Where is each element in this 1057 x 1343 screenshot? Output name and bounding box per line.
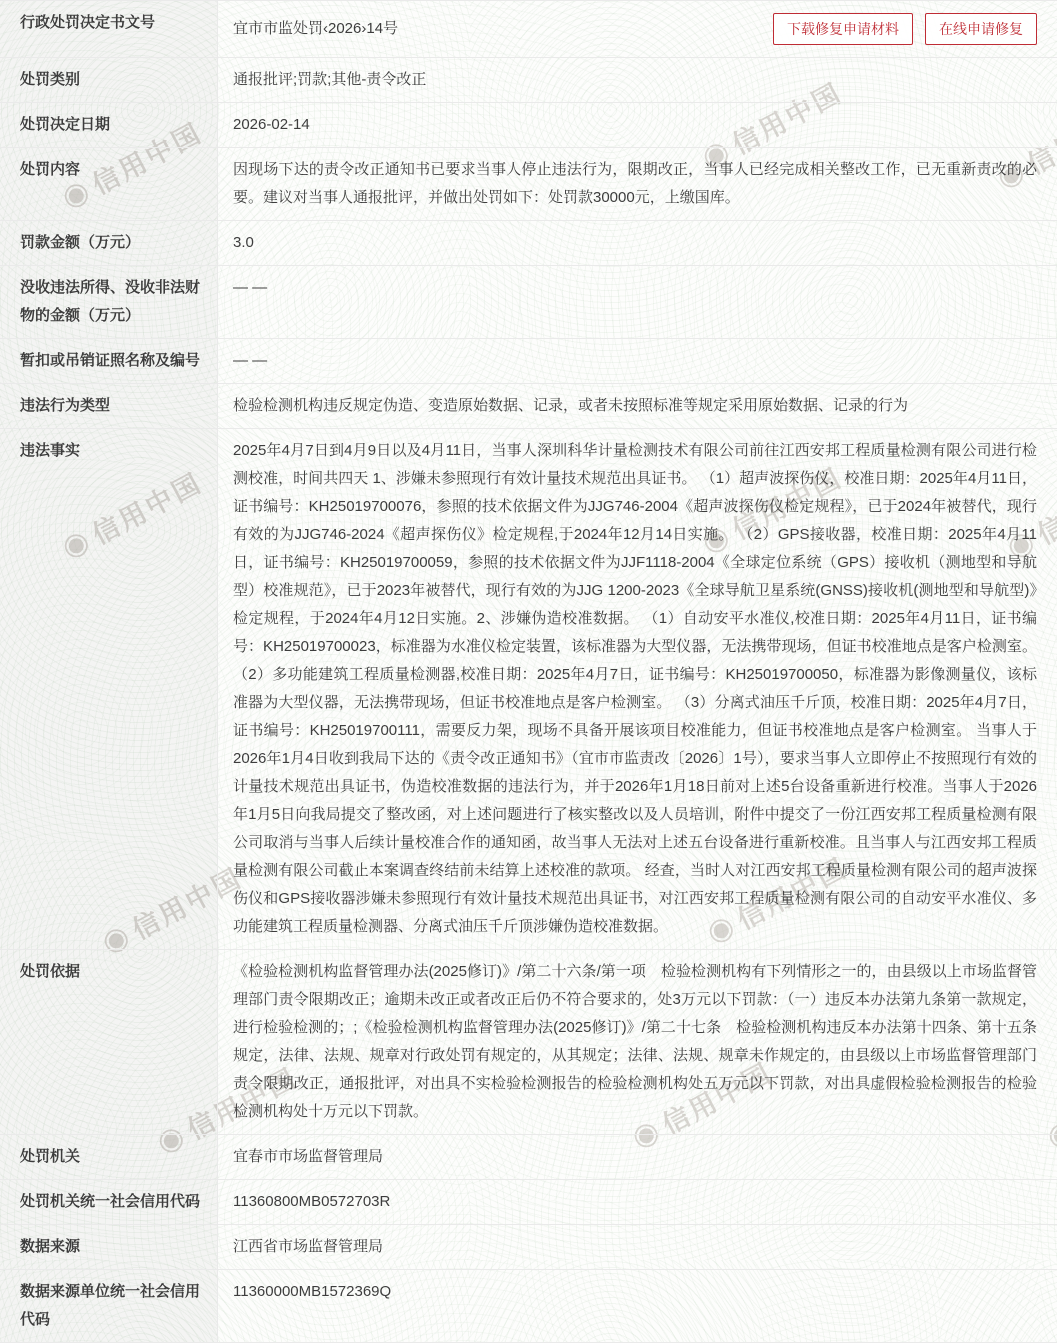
table-row: 处罚依据 《检验检测机构监督管理办法(2025修订)》/第二十六条/第一项 检验… [0, 950, 1057, 1135]
download-repair-materials-button[interactable]: 下载修复申请材料 [773, 13, 913, 45]
table-row: 罚款金额（万元） 3.0 [0, 221, 1057, 266]
label-violation-type: 违法行为类型 [0, 384, 218, 428]
value-fine-amount: 3.0 [218, 221, 1057, 265]
label-data-source: 数据来源 [0, 1225, 218, 1269]
table-row: 违法行为类型 检验检测机构违反规定伪造、变造原始数据、记录，或者未按照标准等规定… [0, 384, 1057, 429]
table-row: 处罚机关统一社会信用代码 11360800MB0572703R [0, 1180, 1057, 1225]
table-row: 处罚类别 通报批评;罚款;其他-责令改正 [0, 58, 1057, 103]
label-penalty-category: 处罚类别 [0, 58, 218, 102]
value-penalty-authority: 宜春市市场监督管理局 [218, 1135, 1057, 1179]
table-row: 行政处罚决定书文号 宜市市监处罚‹2026›14号 下载修复申请材料 在线申请修… [0, 1, 1057, 58]
label-violation-facts: 违法事实 [0, 429, 218, 949]
label-authority-credit-code: 处罚机关统一社会信用代码 [0, 1180, 218, 1224]
value-data-source: 江西省市场监督管理局 [218, 1225, 1057, 1269]
value-license-revocation: — — [218, 339, 1057, 383]
table-row: 违法事实 2025年4月7日到4月9日以及4月11日，当事人深圳科华计量检测技术… [0, 429, 1057, 950]
value-violation-facts: 2025年4月7日到4月9日以及4月11日，当事人深圳科华计量检测技术有限公司前… [218, 429, 1057, 949]
value-penalty-decision-date: 2026-02-14 [218, 103, 1057, 147]
table-row: 处罚内容 因现场下达的责令改正通知书已要求当事人停止违法行为，限期改正，当事人已… [0, 148, 1057, 221]
table-row: 数据来源单位统一社会信用代码 11360000MB1572369Q [0, 1270, 1057, 1343]
value-penalty-content: 因现场下达的责令改正通知书已要求当事人停止违法行为，限期改正，当事人已经完成相关… [218, 148, 1057, 220]
label-fine-amount: 罚款金额（万元） [0, 221, 218, 265]
table-row: 处罚决定日期 2026-02-14 [0, 103, 1057, 148]
penalty-doc-number: 宜市市监处罚‹2026›14号 [233, 15, 761, 43]
value-data-source-credit-code: 11360000MB1572369Q [218, 1270, 1057, 1342]
value-violation-type: 检验检测机构违反规定伪造、变造原始数据、记录，或者未按照标准等规定采用原始数据、… [218, 384, 1057, 428]
label-penalty-authority: 处罚机关 [0, 1135, 218, 1179]
value-authority-credit-code: 11360800MB0572703R [218, 1180, 1057, 1224]
value-penalty-category: 通报批评;罚款;其他-责令改正 [218, 58, 1057, 102]
label-penalty-content: 处罚内容 [0, 148, 218, 220]
label-penalty-decision-date: 处罚决定日期 [0, 103, 218, 147]
value-penalty-basis: 《检验检测机构监督管理办法(2025修订)》/第二十六条/第一项 检验检测机构有… [218, 950, 1057, 1134]
table-row: 数据来源 江西省市场监督管理局 [0, 1225, 1057, 1270]
value-penalty-doc-number: 宜市市监处罚‹2026›14号 下载修复申请材料 在线申请修复 [218, 1, 1057, 57]
table-row: 处罚机关 宜春市市场监督管理局 [0, 1135, 1057, 1180]
label-data-source-credit-code: 数据来源单位统一社会信用代码 [0, 1270, 218, 1342]
label-penalty-doc-number: 行政处罚决定书文号 [0, 1, 218, 57]
label-confiscation-amount: 没收违法所得、没收非法财物的金额（万元） [0, 266, 218, 338]
table-row: 没收违法所得、没收非法财物的金额（万元） — — [0, 266, 1057, 339]
penalty-detail-page: ◉信用中国 ◉信用中国 ◉信用中国 ◉信用中国 ◉信用中国 ◉信用中国 ◉信用中… [0, 0, 1057, 1343]
value-confiscation-amount: — — [218, 266, 1057, 338]
label-penalty-basis: 处罚依据 [0, 950, 218, 1134]
online-repair-apply-button[interactable]: 在线申请修复 [925, 13, 1037, 45]
label-license-revocation: 暂扣或吊销证照名称及编号 [0, 339, 218, 383]
table-row: 暂扣或吊销证照名称及编号 — — [0, 339, 1057, 384]
penalty-info-table: 行政处罚决定书文号 宜市市监处罚‹2026›14号 下载修复申请材料 在线申请修… [0, 0, 1057, 1343]
